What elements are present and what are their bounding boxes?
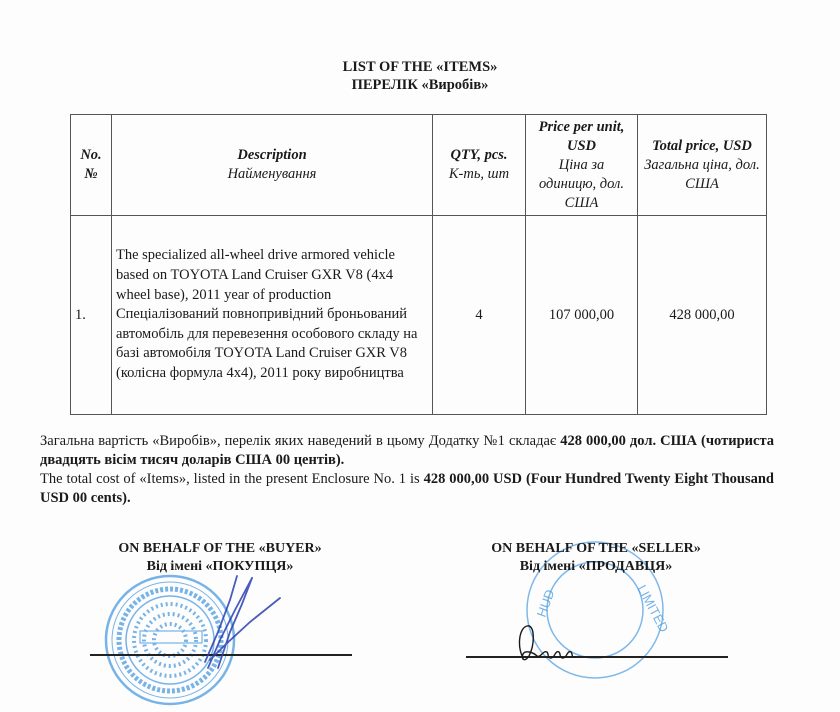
seller-signature-block: ON BEHALF OF THE «SELLER» Від імені «ПРО… <box>446 540 746 576</box>
row-qty: 4 <box>433 216 526 415</box>
total-statement-ua: Загальна вартість «Виробів», перелік яки… <box>40 432 774 470</box>
row-unit-price: 107 000,00 <box>526 216 638 415</box>
total-statement-en: The total cost of «Items», listed in the… <box>40 470 774 508</box>
header-unit-price: Price per unit, USD Ціна за одиницю, дол… <box>526 115 638 216</box>
description-en: The specialized all-wheel drive armored … <box>116 246 428 305</box>
table-header-row: No. № Description Найменування QTY, pcs.… <box>71 115 767 216</box>
seller-label-en: ON BEHALF OF THE «SELLER» <box>446 540 746 558</box>
title-en: LIST OF THE «ITEMS» <box>0 58 840 76</box>
seller-signature-icon <box>515 622 585 664</box>
row-description: The specialized all-wheel drive armored … <box>112 216 433 415</box>
buyer-label-en: ON BEHALF OF THE «BUYER» <box>70 540 370 558</box>
buyer-signature-icon <box>190 570 290 690</box>
document-page: LIST OF THE «ITEMS» ПЕРЕЛІК «Виробів» No… <box>0 0 840 712</box>
header-total-price: Total price, USD Загальна ціна, дол. США <box>638 115 767 216</box>
svg-text:HUD: HUD <box>534 587 558 619</box>
row-number: 1. <box>71 216 112 415</box>
document-title: LIST OF THE «ITEMS» ПЕРЕЛІК «Виробів» <box>0 58 840 94</box>
description-ua: Спеціалізований повнопривідний броньован… <box>116 305 428 383</box>
title-ua: ПЕРЕЛІК «Виробів» <box>0 76 840 94</box>
header-no: No. № <box>71 115 112 216</box>
seller-label-ua: Від імені «ПРОДАВЦЯ» <box>446 558 746 576</box>
header-qty: QTY, pcs. К-ть, шт <box>433 115 526 216</box>
header-description: Description Найменування <box>112 115 433 216</box>
row-total-price: 428 000,00 <box>638 216 767 415</box>
table-row: 1. The specialized all-wheel drive armor… <box>71 216 767 415</box>
seller-signature-line <box>466 656 728 658</box>
total-statement: Загальна вартість «Виробів», перелік яки… <box>40 432 774 508</box>
items-table: No. № Description Найменування QTY, pcs.… <box>70 114 767 415</box>
